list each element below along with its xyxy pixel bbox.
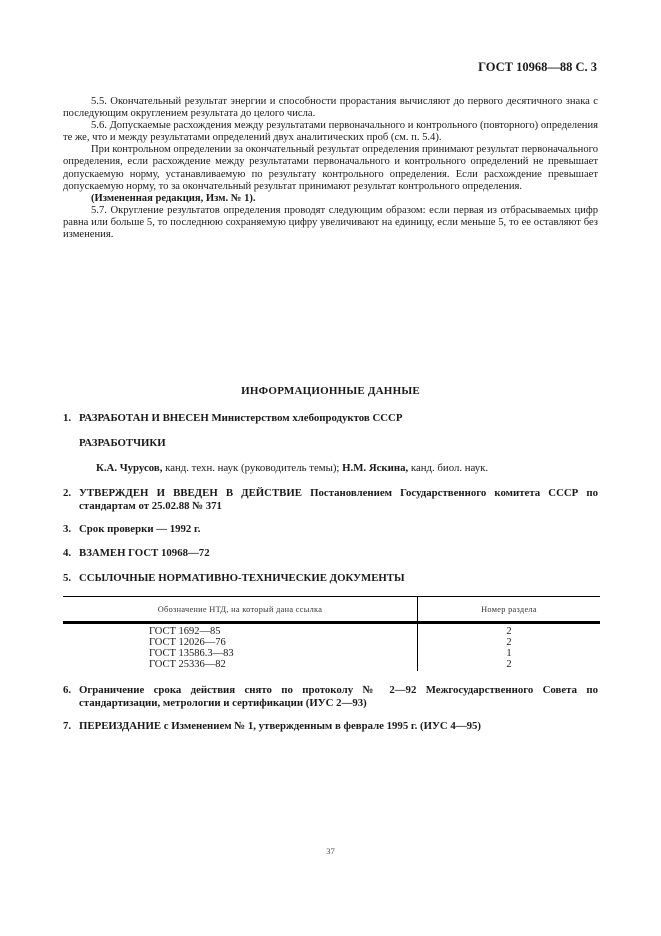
- page-number: 37: [0, 846, 661, 856]
- cell-document: ГОСТ 13586.3—83: [63, 648, 418, 659]
- cell-section: 2: [418, 623, 601, 638]
- developers-heading-text: РАЗРАБОТЧИКИ: [79, 437, 598, 450]
- body-text: 5.5. Окончательный результат энергии и с…: [63, 96, 598, 241]
- item-text: Срок проверки — 1992 г.: [79, 523, 598, 536]
- item-number: 5.: [63, 572, 71, 585]
- reference-documents-table: Обозначение НТД, на который дана ссылка …: [63, 596, 600, 671]
- column-header-document: Обозначение НТД, на который дана ссылка: [63, 597, 418, 623]
- item-text: Ограничение срока действия снято по прот…: [79, 684, 598, 709]
- developers-heading: РАЗРАБОТЧИКИ: [63, 437, 598, 450]
- item-number: 7.: [63, 720, 71, 733]
- cell-section: 2: [418, 637, 601, 648]
- paragraph-5-5: 5.5. Окончательный результат энергии и с…: [63, 96, 598, 120]
- item-rest: с Изменением № 1, утвержденным в феврале…: [161, 720, 481, 732]
- cell-document: ГОСТ 12026—76: [63, 637, 418, 648]
- item-lead: ПЕРЕИЗДАНИЕ: [79, 720, 161, 732]
- item-lead: РАЗРАБОТАН И ВНЕСЕН: [79, 412, 209, 424]
- developer-role: канд. биол. наук.: [408, 462, 488, 474]
- paragraph-control: При контрольном определении за окончател…: [63, 144, 598, 192]
- item-number: 6.: [63, 684, 71, 697]
- developers-line: К.А. Чурусов, канд. техн. наук (руководи…: [96, 462, 488, 474]
- item-text: УТВЕРЖДЕН И ВВЕДЕН В ДЕЙСТВИЕ Постановле…: [79, 487, 598, 512]
- item-number: 1.: [63, 412, 71, 425]
- developer-name: К.А. Чурусов,: [96, 462, 162, 474]
- cell-document: ГОСТ 1692—85: [63, 623, 418, 638]
- table-row: ГОСТ 25336—82 2: [63, 659, 600, 671]
- table-header-row: Обозначение НТД, на который дана ссылка …: [63, 597, 600, 623]
- running-header: ГОСТ 10968—88 С. 3: [478, 60, 597, 75]
- developer-name: Н.М. Яскина,: [342, 462, 408, 474]
- info-item-1: 1. РАЗРАБОТАН И ВНЕСЕН Министерством хле…: [63, 412, 598, 425]
- item-text: ПЕРЕИЗДАНИЕ с Изменением № 1, утвержденн…: [79, 720, 598, 733]
- column-header-section: Номер раздела: [418, 597, 601, 623]
- info-item-5: 5. ССЫЛОЧНЫЕ НОРМАТИВНО-ТЕХНИЧЕСКИЕ ДОКУ…: [63, 572, 598, 585]
- item-lead: УТВЕРЖДЕН И ВВЕДЕН В ДЕЙСТВИЕ: [79, 487, 302, 499]
- table-row: ГОСТ 13586.3—83 1: [63, 648, 600, 659]
- item-number: 3.: [63, 523, 71, 536]
- table-row: ГОСТ 1692—85 2: [63, 623, 600, 638]
- info-item-4: 4. ВЗАМЕН ГОСТ 10968—72: [63, 547, 598, 560]
- cell-section: 2: [418, 659, 601, 671]
- item-text: РАЗРАБОТАН И ВНЕСЕН Министерством хлебоп…: [79, 412, 598, 425]
- developer-role: канд. техн. наук (руководитель темы);: [162, 462, 342, 474]
- cell-document: ГОСТ 25336—82: [63, 659, 418, 671]
- info-item-3: 3. Срок проверки — 1992 г.: [63, 523, 598, 536]
- section-title: ИНФОРМАЦИОННЫЕ ДАННЫЕ: [0, 385, 661, 397]
- item-rest: Министерством хлебопродуктов СССР: [209, 412, 403, 424]
- paragraph-5-6: 5.6. Допускаемые расхождения между резул…: [63, 120, 598, 144]
- paragraph-5-7: 5.7. Округление результатов определения …: [63, 205, 598, 241]
- item-text: ВЗАМЕН ГОСТ 10968—72: [79, 547, 598, 560]
- amendment-note: (Измененная редакция, Изм. № 1).: [63, 193, 598, 205]
- item-number: 2.: [63, 487, 71, 500]
- item-text: ССЫЛОЧНЫЕ НОРМАТИВНО-ТЕХНИЧЕСКИЕ ДОКУМЕН…: [79, 572, 598, 585]
- cell-section: 1: [418, 648, 601, 659]
- info-item-6: 6. Ограничение срока действия снято по п…: [63, 684, 598, 709]
- item-number: 4.: [63, 547, 71, 560]
- table-row: ГОСТ 12026—76 2: [63, 637, 600, 648]
- info-item-2: 2. УТВЕРЖДЕН И ВВЕДЕН В ДЕЙСТВИЕ Постано…: [63, 487, 598, 512]
- info-item-7: 7. ПЕРЕИЗДАНИЕ с Изменением № 1, утвержд…: [63, 720, 598, 733]
